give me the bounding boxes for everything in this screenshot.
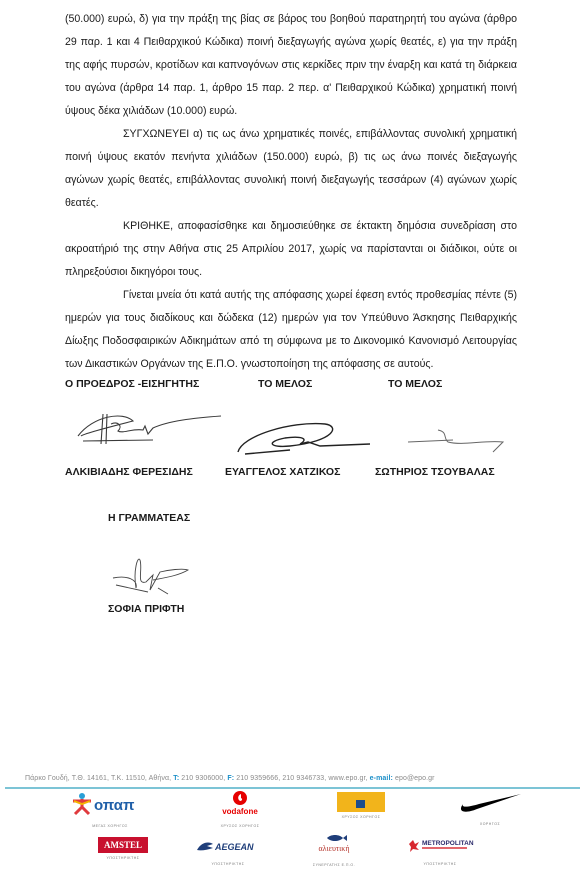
member1-name: ΕΥΑΓΓΕΛΟΣ ΧΑΤΖΙΚΟΣ [225,466,340,478]
paragraph-penalties: (50.000) ευρώ, δ) για την πράξη της βίας… [65,8,517,123]
sponsor-metropolitan: METROPOLITAN ΥΠΟΣΤΗΡΙΚΤΗΣ [405,836,475,866]
footer-contact: Πάρκο Γουδή, Τ.Θ. 14161, Τ.Κ. 11510, Αθή… [25,775,435,782]
sponsor-alieftiki: αλιευτική ΣΥΝΕΡΓΑΤΗΣ Ε.Π.Ο. [303,833,365,867]
president-title: Ο ΠΡΟΕΔΡΟΣ -ΕΙΣΗΓΗΤΗΣ [65,378,199,390]
footer-divider [5,787,580,789]
paragraph-merges: ΣΥΓΧΩΝΕΥΕΙ α) τις ως άνω χρηματικές ποιν… [65,123,517,215]
svg-text:οπαπ: οπαπ [94,797,135,814]
member2-signature [403,420,513,455]
amstel-logo-icon: AMSTEL [98,837,148,853]
opap-logo-icon: οπαπ [70,792,150,816]
footer-address: Πάρκο Γουδή, Τ.Θ. 14161, Τ.Κ. 11510, Αθή… [25,775,173,782]
member1-signature [230,416,375,461]
member2-name: ΣΩΤΗΡΙΟΣ ΤΣΟΥΒΑΛΑΣ [375,466,495,478]
svg-text:AEGEAN: AEGEAN [214,842,254,852]
svg-text:αλιευτική: αλιευτική [318,844,349,853]
secretary-name: ΣΟΦΙΑ ΠΡΙΦΤΗ [108,603,184,615]
metropolitan-logo-icon: METROPOLITAN [405,836,475,854]
decision-body: (50.000) ευρώ, δ) για την πράξη της βίας… [65,8,517,376]
email-label: e-mail: [370,775,393,782]
piraeus-logo-icon [337,792,385,812]
member2-title: ΤΟ ΜΕΛΟΣ [388,378,442,390]
fax-number: 210 9359666, 210 9346733, www.epo.gr, [234,775,369,782]
sponsor-piraeus: ΧΡΥΣΟΣ ΧΟΡΗΓΟΣ [336,792,386,819]
sponsor-nike: ΧΟΡΗΓΟΣ [455,792,525,826]
nike-swoosh-icon [455,792,525,814]
president-name: ΑΛΚΙΒΙΑΔΗΣ ΦΕΡΕΣΙΔΗΣ [65,466,193,478]
vodafone-logo-icon: vodafone [210,790,270,816]
alieftiki-logo-icon: αλιευτική [303,833,365,855]
email-address: epo@epo.gr [393,775,435,782]
sponsor-vodafone: vodafone ΧΡΥΣΟΣ ΧΟΡΗΓΟΣ [210,790,270,828]
aegean-logo-icon: AEGEAN [193,838,263,854]
sponsor-aegean: AEGEAN ΥΠΟΣΤΗΡΙΚΤΗΣ [193,838,263,866]
secretary-title: Η ΓΡΑΜΜΑΤΕΑΣ [108,512,190,524]
paragraph-appeal: Γίνεται μνεία ότι κατά αυτής της απόφαση… [65,284,517,376]
sponsor-opap: οπαπ ΜΕΓΑΣ ΧΟΡΗΓΟΣ [70,792,150,828]
tel-number: 210 9306000, [179,775,227,782]
paragraph-decided: ΚΡΙΘΗΚΕ, αποφασίσθηκε και δημοσιεύθηκε σ… [65,215,517,284]
secretary-signature [108,550,193,600]
member1-title: ΤΟ ΜΕΛΟΣ [258,378,312,390]
president-signature [73,406,223,451]
svg-text:vodafone: vodafone [222,807,258,816]
sponsor-amstel: AMSTEL ΥΠΟΣΤΗΡΙΚΤΗΣ [98,837,148,860]
svg-text:METROPOLITAN: METROPOLITAN [422,840,474,847]
